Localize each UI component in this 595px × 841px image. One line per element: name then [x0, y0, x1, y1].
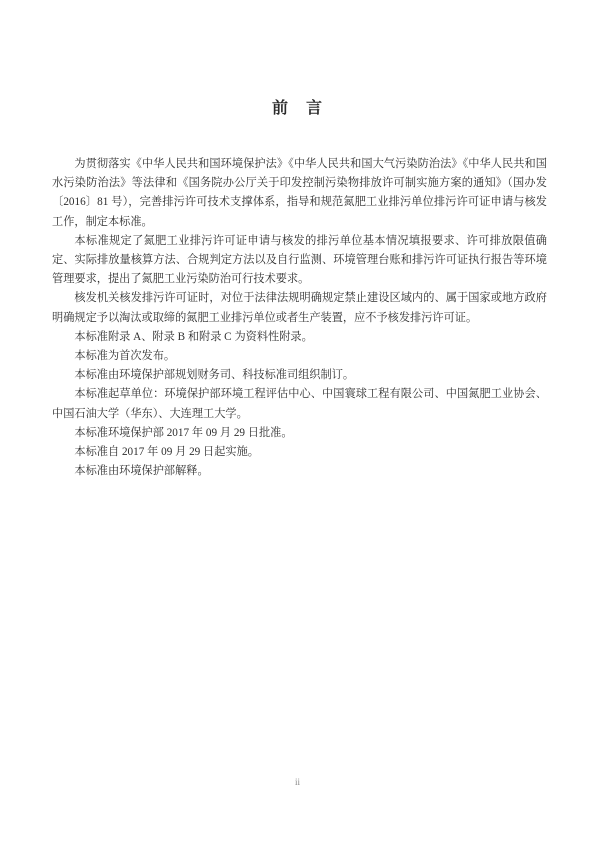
paragraph: 本标准为首次发布。 [52, 347, 547, 366]
document-body: 为贯彻落实《中华人民共和国环境保护法》《中华人民共和国大气污染防治法》《中华人民… [52, 155, 547, 481]
paragraph: 本标准自 2017 年 09 月 29 日起实施。 [52, 443, 547, 462]
paragraph: 本标准由环境保护部规划财务司、科技标准司组织制订。 [52, 366, 547, 385]
paragraph: 本标准起草单位：环境保护部环境工程评估中心、中国寰球工程有限公司、中国氮肥工业协… [52, 385, 547, 423]
paragraph: 本标准附录 A、附录 B 和附录 C 为资料性附录。 [52, 328, 547, 347]
page-number: ii [0, 776, 595, 788]
paragraph: 本标准由环境保护部解释。 [52, 462, 547, 481]
paragraph: 本标准环境保护部 2017 年 09 月 29 日批准。 [52, 424, 547, 443]
paragraph: 本标准规定了氮肥工业排污许可证申请与核发的排污单位基本情况填报要求、许可排放限值… [52, 232, 547, 290]
document-title: 前 言 [0, 99, 595, 119]
document-page: 前 言 为贯彻落实《中华人民共和国环境保护法》《中华人民共和国大气污染防治法》《… [0, 0, 595, 841]
paragraph: 为贯彻落实《中华人民共和国环境保护法》《中华人民共和国大气污染防治法》《中华人民… [52, 155, 547, 232]
paragraph: 核发机关核发排污许可证时，对位于法律法规明确规定禁止建设区域内的、属于国家或地方… [52, 289, 547, 327]
